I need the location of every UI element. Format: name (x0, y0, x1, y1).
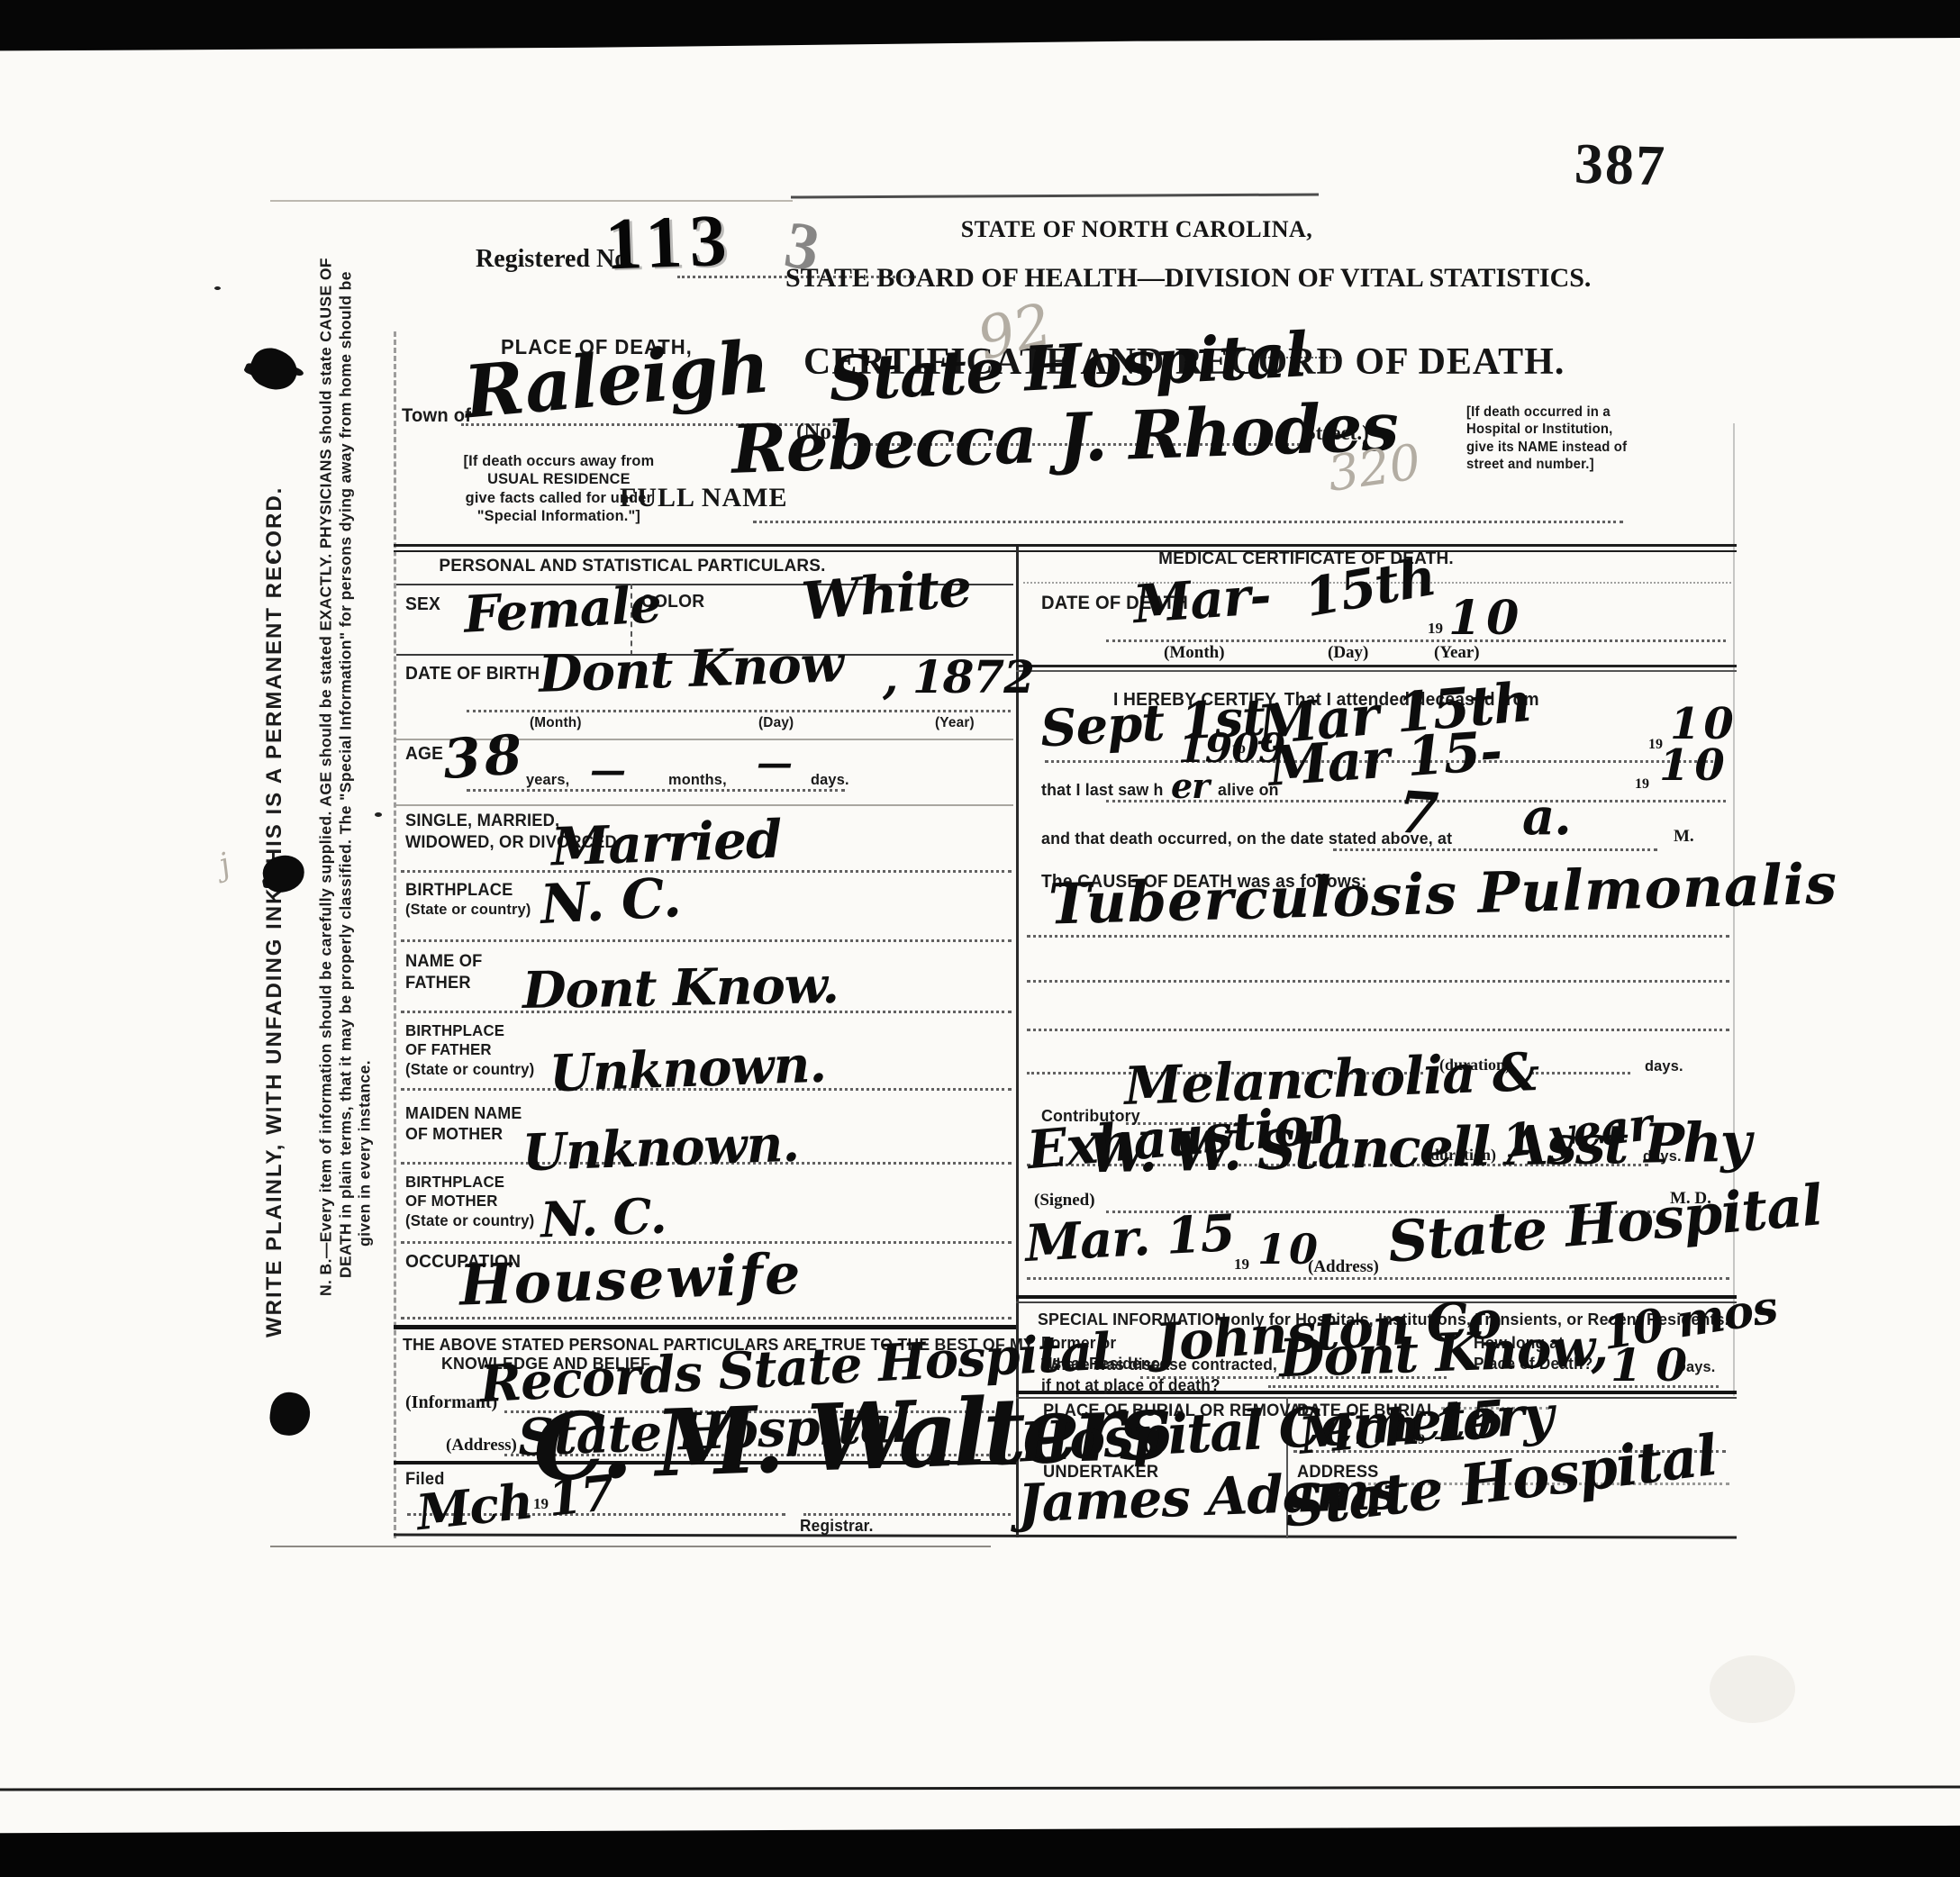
dob-year-handwriting: , 1872 (883, 650, 1034, 703)
mother-birthplace-value-handwriting: N. C. (540, 1187, 667, 1249)
birthplace-label: BIRTHPLACE (405, 881, 513, 901)
dod-day-sub: (Day) (1328, 643, 1368, 663)
age-label: AGE (405, 744, 443, 765)
signed-label: (Signed) (1034, 1191, 1095, 1211)
date-of-death-dotted-line (1106, 639, 1726, 642)
medical-section-header: MEDICAL CERTIFICATE OF DEATH. (1036, 549, 1576, 569)
sex-label: SEX (405, 594, 440, 615)
father-birthplace-label: BIRTHPLACE OF FATHER (State or country) (405, 1021, 534, 1079)
mother-maiden-label: MAIDEN NAME OF MOTHER (405, 1102, 522, 1144)
father-name-label: NAME OF FATHER (405, 951, 482, 994)
watermark-smudge (1710, 1655, 1795, 1723)
occurred-am-handwriting: a. (1522, 787, 1571, 847)
page-number: 387 (1574, 131, 1667, 200)
burial-date-year-handwriting: 10 (1432, 1403, 1494, 1449)
town-of-label: Town of (402, 405, 471, 427)
registrar-dotted-line (803, 1513, 1011, 1516)
occupation-dotted-line (401, 1317, 1012, 1319)
age-months-label: months, (668, 771, 727, 789)
registrar-label: Registrar. (800, 1517, 874, 1536)
father-name-value-handwriting: Dont Know. (522, 956, 839, 1020)
empty-dotted-line (1027, 1029, 1729, 1031)
ink-blob (268, 1390, 313, 1438)
row-rule-gray (396, 804, 1013, 806)
margin-note-nb-line3: given in every instance. (354, 1031, 376, 1274)
dob-year-sub: (Year) (935, 715, 975, 731)
occurred-dotted-line (1333, 848, 1657, 851)
signed-value-handwriting: W. W. Stancell Asst Phy (1087, 1111, 1750, 1186)
full-name-dotted-line (753, 521, 1623, 523)
scan-bottom-band (0, 1801, 1960, 1877)
occurred-time-handwriting: 7 (1395, 779, 1439, 849)
dob-label: DATE OF BIRTH (405, 664, 540, 685)
signed-address-dotted-line (1027, 1277, 1729, 1280)
columns-top-rule-a (394, 544, 1737, 547)
occurred-m-label: M. (1674, 827, 1694, 847)
age-value-handwriting: 38 (441, 723, 528, 792)
row-rule (1016, 665, 1737, 667)
death-certificate-scan: 387 j WRITE PLAINLY, WITH UNFADING INK T… (0, 0, 1960, 1877)
heavy-rule (394, 1325, 1016, 1329)
date-of-death-year-handwriting: 10 (1448, 591, 1524, 646)
ink-speck (270, 558, 276, 563)
date-of-death-year-prefix: 19 (1428, 620, 1443, 638)
dob-month-sub: (Month) (530, 715, 582, 731)
father-birthplace-value-handwriting: Unknown. (549, 1035, 827, 1104)
hospital-name-note: [If death occurred in a Hospital or Inst… (1466, 404, 1661, 474)
last-saw-year-prefix: 19 (1635, 776, 1649, 793)
informant-address-label: (Address) (446, 1436, 517, 1455)
dod-month-sub: (Month) (1164, 643, 1225, 663)
last-saw-er-handwriting: er (1171, 766, 1209, 806)
ink-blob (244, 341, 303, 396)
ink-speck (375, 812, 382, 817)
signed-address-handwriting: State Hospital (1385, 1172, 1825, 1275)
dod-year-sub: (Year) (1434, 643, 1480, 663)
pencil-mark-320: 320 (1324, 433, 1424, 503)
sex-value-handwriting: Female (462, 575, 662, 644)
empty-dotted-line (1027, 980, 1729, 983)
ink-speck (214, 286, 221, 290)
form-left-border (394, 331, 396, 1538)
header-board: STATE BOARD OF HEALTH—DIVISION OF VITAL … (785, 263, 1497, 294)
mother-birthplace-label: BIRTHPLACE OF MOTHER (State or country) (405, 1173, 534, 1230)
margin-note-permanent-record: WRITE PLAINLY, WITH UNFADING INK THIS IS… (256, 497, 294, 1326)
signed-date-year-handwriting: 10 (1257, 1225, 1320, 1274)
age-days-label: days. (811, 771, 849, 789)
occurred-label: and that death occurred, on the date sta… (1041, 829, 1452, 848)
birthplace-state-sub: (State or country) (405, 901, 531, 919)
scan-bottom-rule (0, 1785, 1960, 1791)
duration-dotted-line (1531, 1072, 1630, 1075)
pencil-squiggle: j (214, 846, 234, 883)
age-years-label: years, (526, 771, 569, 789)
birthplace-dotted-line (401, 939, 1012, 942)
dob-value-handwriting: Dont Know (538, 634, 844, 704)
age-months-dash: — (590, 749, 625, 792)
cause-dotted-line (1027, 935, 1729, 938)
how-long-days-handwriting: 1 0 (1611, 1338, 1686, 1392)
signed-date-handwriting: Mar. 15 (1023, 1203, 1236, 1274)
last-saw-label: that I last saw h (1041, 780, 1164, 800)
dob-dotted-line (467, 710, 1011, 712)
age-dotted-line (467, 789, 845, 792)
last-saw-year-handwriting: 10 (1659, 740, 1730, 791)
disease-contracted-handwriting: Dont Know, (1278, 1317, 1609, 1390)
duration-days-label: days. (1645, 1057, 1683, 1075)
date-of-death-month-handwriting: Mar- (1131, 565, 1273, 635)
birthplace-value-handwriting: N. C. (539, 866, 682, 937)
form-bottom-rule-faint (270, 1546, 991, 1547)
header-state: STATE OF NORTH CAROLINA, (867, 216, 1407, 243)
age-days-dash: — (757, 742, 792, 784)
dob-day-sub: (Day) (758, 715, 794, 731)
scan-top-band (0, 0, 1960, 54)
form-top-rule-dark (791, 193, 1319, 198)
mother-maiden-value-handwriting: Unknown. (522, 1114, 800, 1183)
signed-date-year-prefix: 19 (1234, 1256, 1249, 1274)
registered-no-stamp: 113 (603, 198, 735, 287)
form-bottom-rule (394, 1533, 1737, 1538)
row-rule (1016, 670, 1737, 672)
occupation-value-handwriting: Housewife (458, 1240, 803, 1318)
cause-of-death-handwriting: Tuberculosis Pulmonalis (1048, 851, 1838, 938)
